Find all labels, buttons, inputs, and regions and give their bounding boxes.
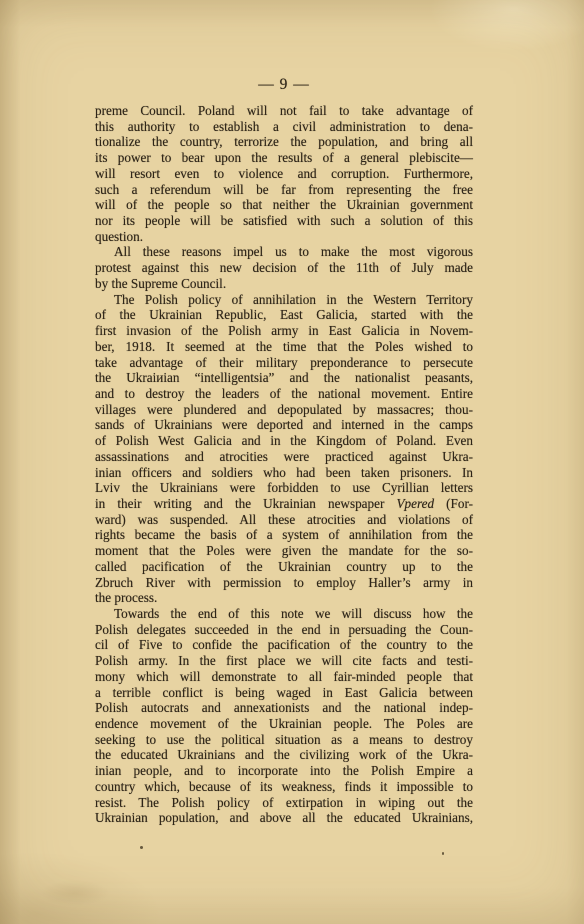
text-line: ber, 1918. It seemed at the time that th…	[95, 339, 473, 355]
text-line: rights became the basis of a system of a…	[95, 527, 473, 543]
text-line: assassinations and atrocities were pract…	[95, 449, 473, 465]
text-line: will resort even to violence and corrupt…	[95, 166, 473, 182]
text-line: Lviv the Ukrainians were forbidden to us…	[95, 480, 473, 496]
text-line: by the Supreme Council.	[95, 276, 473, 292]
text-line: of Polish West Galicia and in the Kingdo…	[95, 433, 473, 449]
text-line: Towards the end of this note we will dis…	[95, 606, 473, 622]
text-line: ward) was suspended. All these atrocitie…	[95, 512, 473, 528]
text-line: question.	[95, 229, 473, 245]
text-line: sands of Ukrainians were deported and in…	[95, 417, 473, 433]
ink-speck	[140, 846, 143, 849]
text-line: Zbruch River with permission to employ H…	[95, 575, 473, 591]
text-line: protest against this new decision of the…	[95, 260, 473, 276]
text-line: and to destroy the leaders of the nation…	[95, 386, 473, 402]
text-line: preme Council. Poland will not fail to t…	[95, 103, 473, 119]
text-line: resist. The Polish policy of extirpation…	[95, 795, 473, 811]
text-line: Polish autocrats and annexationists and …	[95, 700, 473, 716]
text-line: country which, because of its weakness, …	[95, 779, 473, 795]
text-line: take advantage of their military prepond…	[95, 355, 473, 371]
text-line: this authority to establish a civil admi…	[95, 119, 473, 135]
page-number: — 9 —	[95, 76, 473, 94]
text-line: the Ukraiиian “intelligentsia” and the n…	[95, 370, 473, 386]
paper-smudge	[40, 880, 110, 906]
text-line: inian people, and to incorporate into th…	[95, 763, 473, 779]
text-line: inian officers and soldiers who had been…	[95, 465, 473, 481]
text-line: of the Ukrainian Republic, East Galicia,…	[95, 307, 473, 323]
text-line: first invasion of the Polish army in Eas…	[95, 323, 473, 339]
text-line: nor its people will be satisfied with su…	[95, 213, 473, 229]
text-line: seeking to use the political situation a…	[95, 732, 473, 748]
text-line: the process.	[95, 590, 473, 606]
text-line: such a referendum will be far from repre…	[95, 182, 473, 198]
text-line: called pacification of the Ukrainian cou…	[95, 559, 473, 575]
text-line: the educated Ukrainians and the civilizi…	[95, 747, 473, 763]
text-line: Ukrainian population, and above all the …	[95, 810, 473, 826]
page-text: preme Council. Poland will not fail to t…	[95, 103, 473, 826]
text-line: mony which will demonstrate to all fair-…	[95, 669, 473, 685]
text-line: Polish army. In the first place we will …	[95, 653, 473, 669]
text-line: tionalize the country, terrorize the pop…	[95, 134, 473, 150]
text-line: Polish delegates succeeded in the end in…	[95, 622, 473, 638]
text-line: moment that the Poles were given the man…	[95, 543, 473, 559]
text-line: villages were plundered and depopulated …	[95, 402, 473, 418]
text-line: will of the people so that neither the U…	[95, 197, 473, 213]
text-line: endence movement of the Ukrainian people…	[95, 716, 473, 732]
book-page: — 9 — preme Council. Poland will not fai…	[0, 0, 584, 924]
text-line: cil of Five to confide the pacification …	[95, 637, 473, 653]
text-line: All these reasons impel us to make the m…	[95, 244, 473, 260]
text-line: a terrible conflict is being waged in Ea…	[95, 685, 473, 701]
ink-speck	[442, 852, 444, 855]
text-line: its power to bear upon the results of a …	[95, 150, 473, 166]
text-line: in their writing and the Ukrainian newsp…	[95, 496, 473, 512]
text-line: The Polish policy of annihilation in the…	[95, 292, 473, 308]
